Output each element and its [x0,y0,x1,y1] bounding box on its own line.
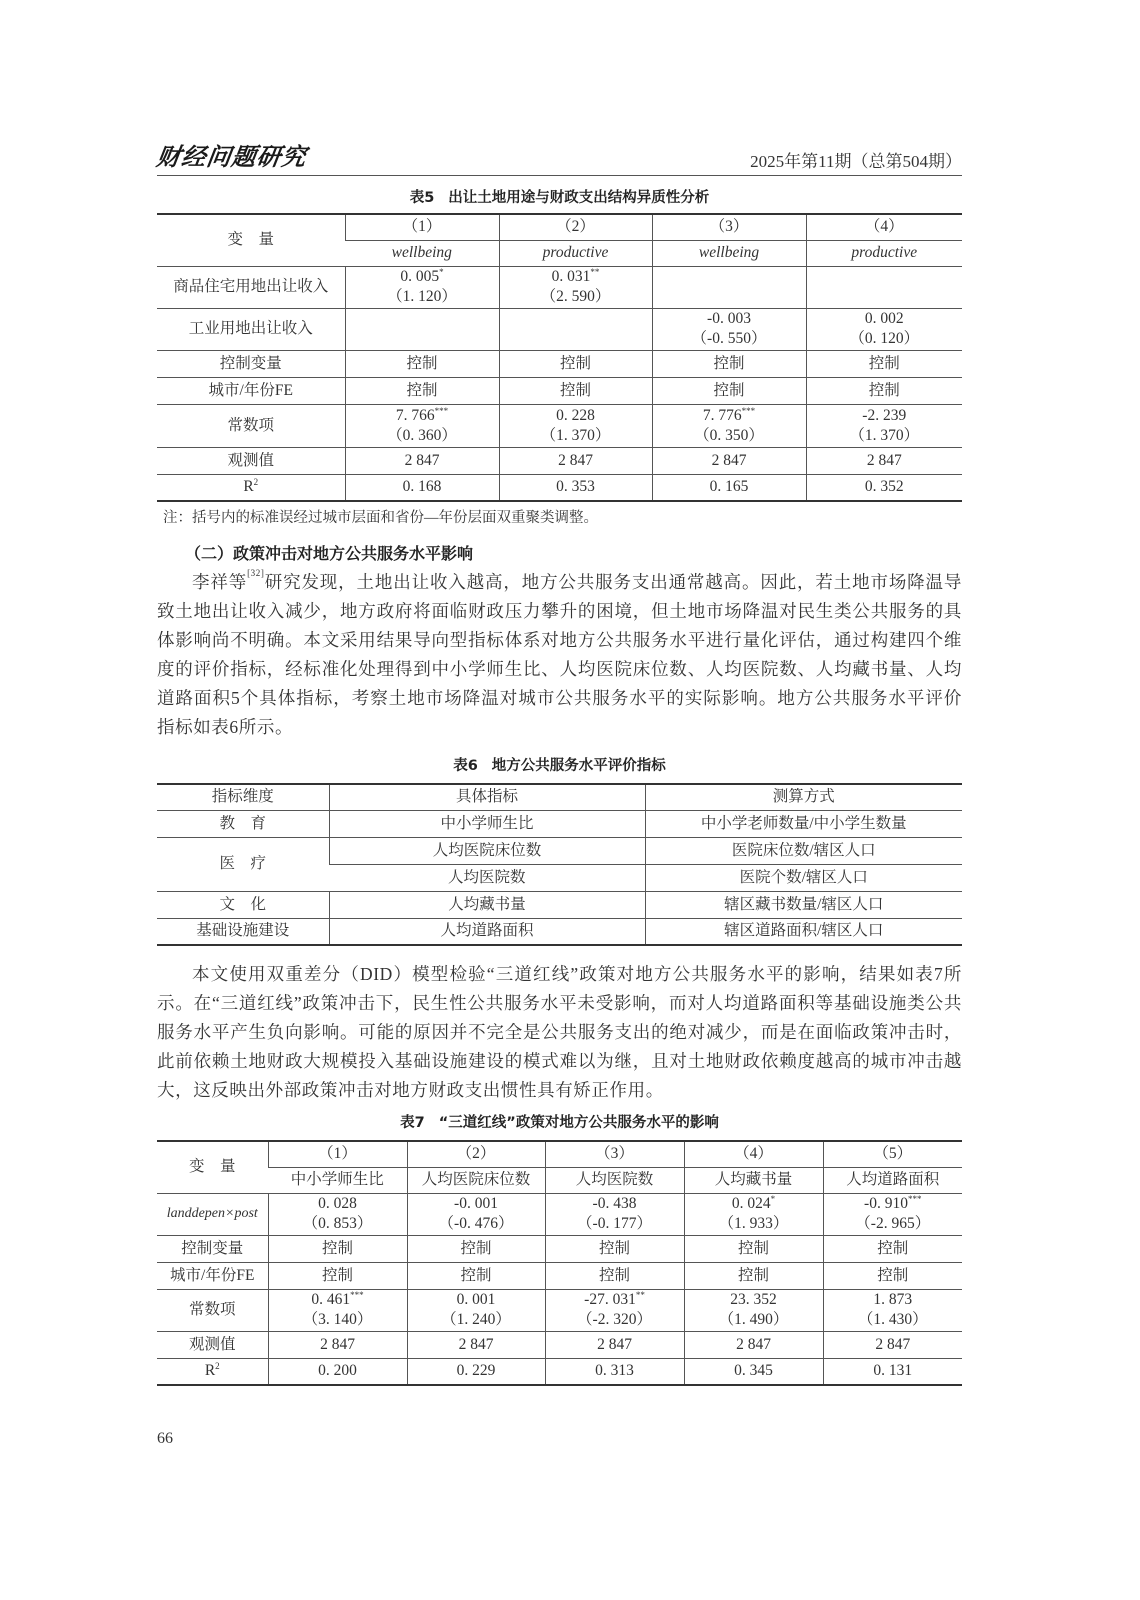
table-cell: 0. 024*（1. 933） [684,1193,823,1235]
table-cell: 人均医院床位数 [329,837,645,864]
table-cell: 2 847 [684,1331,823,1358]
paragraph: 李祥等[32]研究发现，土地出让收入越高，地方公共服务支出通常越高。因此，若土地… [157,568,962,742]
table-row: 城市/年份FE 控制 控制 控制 控制 [157,377,962,404]
citation-ref[interactable]: [32] [247,568,264,578]
table-cell: 0. 345 [684,1358,823,1385]
table6: 指标维度 具体指标 测算方式 教 育 中小学师生比 中小学老师数量/中小学生数量… [157,783,962,946]
journal-logo: 财经问题研究 [155,137,310,172]
table-row: 城市/年份FE 控制 控制 控制 控制 控制 [157,1262,962,1289]
table5-col-num: （3） [652,214,806,240]
table5-caption: 表5出让土地用途与财政支出结构异质性分析 [157,186,962,207]
table-cell: -0. 001（-0. 476） [407,1193,545,1235]
table5-var-header: 变 量 [157,214,345,266]
table-cell: 医院床位数/辖区人口 [645,837,962,864]
table5-col-dep: wellbeing [652,240,806,266]
table6-header: 具体指标 [329,784,645,810]
row-label: 商品住宅用地出让收入 [157,266,345,308]
table-row: 教 育 中小学师生比 中小学老师数量/中小学生数量 [157,810,962,837]
table5-col-dep: productive [806,240,962,266]
table-row: 观测值 2 847 2 847 2 847 2 847 2 847 [157,1331,962,1358]
table-cell: 控制 [499,377,652,404]
table5-col-dep: productive [499,240,652,266]
running-header: 财经问题研究 2025年第11期（总第504期） [157,138,962,176]
table-cell: 控制 [545,1235,684,1262]
table-cell: -2. 239（1. 370） [806,404,962,447]
table-cell: 控制 [806,377,962,404]
table6-caption: 表6地方公共服务水平评价指标 [157,754,962,775]
row-label: R2 [157,474,345,501]
table-row: 常数项 0. 461***（3. 140） 0. 001（1. 240） -27… [157,1289,962,1331]
table-cell: 0. 313 [545,1358,684,1385]
table7-title: “三道红线”政策对地方公共服务水平的影响 [439,1115,719,1131]
table7-col-num: （1） [268,1141,407,1167]
table5-col-dep: wellbeing [345,240,499,266]
table-cell: 文 化 [157,891,329,918]
table6-header: 测算方式 [645,784,962,810]
table-cell [345,308,499,350]
table7-col-dep: 人均医院数 [545,1167,684,1193]
table-cell: 控制 [407,1262,545,1289]
table-cell: 2 847 [652,447,806,474]
row-label: 城市/年份FE [157,377,345,404]
table-cell: 控制 [684,1262,823,1289]
table-cell: 控制 [268,1262,407,1289]
table-row: 商品住宅用地出让收入 0. 005*（1. 120） 0. 031**（2. 5… [157,266,962,308]
table-cell: 0. 031**（2. 590） [499,266,652,308]
table-row: R2 0. 200 0. 229 0. 313 0. 345 0. 131 [157,1358,962,1385]
table-cell: 基础设施建设 [157,918,329,945]
table-row: 文 化 人均藏书量 辖区藏书数量/辖区人口 [157,891,962,918]
issue-info: 2025年第11期（总第504期） [750,147,962,172]
table-row: 常数项 7. 766***（0. 360） 0. 228（1. 370） 7. … [157,404,962,447]
table-cell: 控制 [684,1235,823,1262]
row-label: 控制变量 [157,350,345,377]
table7-col-num: （2） [407,1141,545,1167]
table-cell: -27. 031**（-2. 320） [545,1289,684,1331]
table-cell: 2 847 [545,1331,684,1358]
row-label: R2 [157,1358,268,1385]
table-cell: 0. 353 [499,474,652,501]
table7-caption: 表7“三道红线”政策对地方公共服务水平的影响 [157,1111,962,1132]
table-cell: 控制 [823,1235,962,1262]
table7-col-dep: 人均道路面积 [823,1167,962,1193]
table-row: 工业用地出让收入 -0. 003（-0. 550） 0. 002（0. 120） [157,308,962,350]
table-cell: 控制 [345,350,499,377]
table-cell: 0. 168 [345,474,499,501]
table-cell: 人均医院数 [329,864,645,891]
table-cell: 中小学老师数量/中小学生数量 [645,810,962,837]
page: 财经问题研究 2025年第11期（总第504期） 表5出让土地用途与财政支出结构… [157,138,962,1386]
table7-col-num: （3） [545,1141,684,1167]
table-cell: 0. 200 [268,1358,407,1385]
table-cell: 辖区道路面积/辖区人口 [645,918,962,945]
table-cell: -0. 910***（-2. 965） [823,1193,962,1235]
table-cell [499,308,652,350]
table-cell: 人均藏书量 [329,891,645,918]
row-label: 观测值 [157,1331,268,1358]
table-cell: -0. 438（-0. 177） [545,1193,684,1235]
table-cell: 控制 [545,1262,684,1289]
table-cell: 控制 [806,350,962,377]
row-label: 城市/年份FE [157,1262,268,1289]
table-cell: 医 疗 [157,837,329,891]
table-cell: 0. 001（1. 240） [407,1289,545,1331]
table-cell: 23. 352（1. 490） [684,1289,823,1331]
row-label: 工业用地出让收入 [157,308,345,350]
table-cell: 控制 [268,1235,407,1262]
table-cell: 2 847 [499,447,652,474]
table-cell: 0. 005*（1. 120） [345,266,499,308]
table-cell [806,266,962,308]
table5: 变 量 （1） （2） （3） （4） wellbeing productive… [157,213,962,502]
table7-var-header: 变 量 [157,1141,268,1193]
table-cell: 7. 776***（0. 350） [652,404,806,447]
table7-label: 表7 [400,1115,425,1131]
table-row: 观测值 2 847 2 847 2 847 2 847 [157,447,962,474]
table5-note: 注：括号内的标准误经过城市层面和省份—年份层面双重聚类调整。 [163,506,962,527]
table-cell: 控制 [407,1235,545,1262]
table-cell: -0. 003（-0. 550） [652,308,806,350]
row-label: 观测值 [157,447,345,474]
section-heading: （二）政策冲击对地方公共服务水平影响 [185,541,962,564]
row-label: landdepen×post [157,1193,268,1235]
table-cell: 2 847 [806,447,962,474]
table6-label: 表6 [453,758,478,774]
table-cell: 0. 131 [823,1358,962,1385]
table-cell: 2 847 [345,447,499,474]
table-cell: 0. 028（0. 853） [268,1193,407,1235]
table-cell [652,266,806,308]
table-cell: 0. 002（0. 120） [806,308,962,350]
table7-col-dep: 人均医院床位数 [407,1167,545,1193]
table5-col-num: （1） [345,214,499,240]
table-row: 基础设施建设 人均道路面积 辖区道路面积/辖区人口 [157,918,962,945]
row-label: 常数项 [157,404,345,447]
table-cell: 控制 [499,350,652,377]
table7-col-num: （5） [823,1141,962,1167]
table-cell: 2 847 [407,1331,545,1358]
table-cell: 辖区藏书数量/辖区人口 [645,891,962,918]
row-label: 控制变量 [157,1235,268,1262]
table-cell: 教 育 [157,810,329,837]
table-cell: 0. 461***（3. 140） [268,1289,407,1331]
table6-header: 指标维度 [157,784,329,810]
table-cell: 中小学师生比 [329,810,645,837]
page-number: 66 [157,1430,173,1448]
table5-label: 表5 [410,190,435,206]
table7-col-dep: 人均藏书量 [684,1167,823,1193]
table5-title: 出让土地用途与财政支出结构异质性分析 [448,190,709,206]
table5-col-num: （4） [806,214,962,240]
table-cell: 医院个数/辖区人口 [645,864,962,891]
table-row: 控制变量 控制 控制 控制 控制 [157,350,962,377]
table-cell: 1. 873（1. 430） [823,1289,962,1331]
table-row: R2 0. 168 0. 353 0. 165 0. 352 [157,474,962,501]
table7-col-num: （4） [684,1141,823,1167]
table-row: landdepen×post 0. 028（0. 853） -0. 001（-0… [157,1193,962,1235]
table-cell: 2 847 [823,1331,962,1358]
table-cell: 人均道路面积 [329,918,645,945]
table-cell: 0. 229 [407,1358,545,1385]
paragraph: 本文使用双重差分（DID）模型检验“三道红线”政策对地方公共服务水平的影响，结果… [157,960,962,1105]
table-cell: 控制 [345,377,499,404]
table5-col-num: （2） [499,214,652,240]
table7-col-dep: 中小学师生比 [268,1167,407,1193]
table-row: 医 疗 人均医院床位数 医院床位数/辖区人口 [157,837,962,864]
table-row: 控制变量 控制 控制 控制 控制 控制 [157,1235,962,1262]
table7: 变 量 （1） （2） （3） （4） （5） 中小学师生比 人均医院床位数 人… [157,1140,962,1386]
table-cell: 控制 [652,350,806,377]
row-label: 常数项 [157,1289,268,1331]
table-cell: 控制 [652,377,806,404]
table6-title: 地方公共服务水平评价指标 [492,758,666,774]
table-cell: 2 847 [268,1331,407,1358]
table-cell: 控制 [823,1262,962,1289]
table-cell: 0. 352 [806,474,962,501]
table-cell: 7. 766***（0. 360） [345,404,499,447]
table-cell: 0. 228（1. 370） [499,404,652,447]
table-cell: 0. 165 [652,474,806,501]
